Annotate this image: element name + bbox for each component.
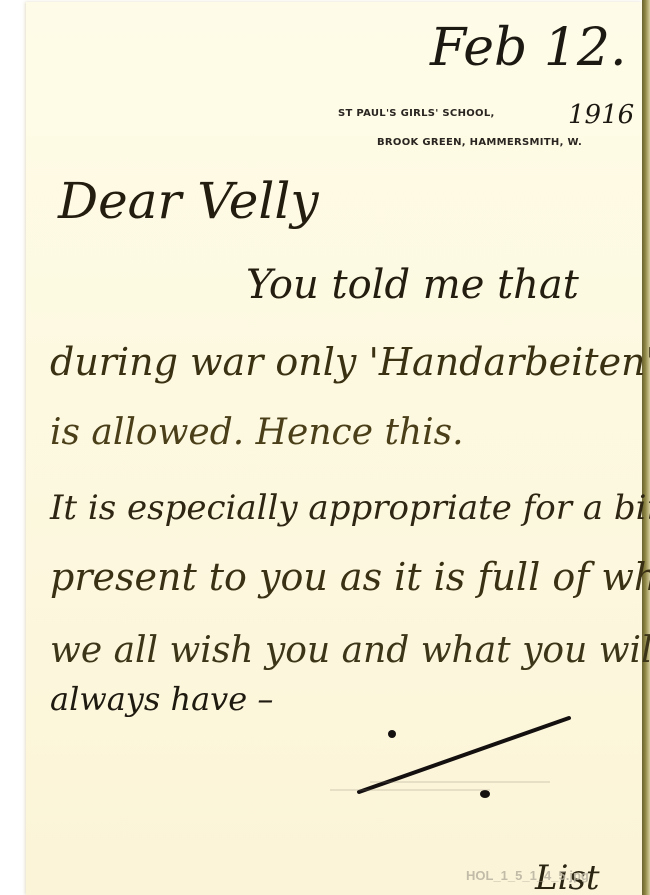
- letter-line: is allowed. Hence this.: [50, 412, 464, 453]
- letter-line: always have –: [50, 680, 273, 718]
- letter-line: we all wish you and what you will: [50, 630, 650, 671]
- paper-edge-shadow: [642, 0, 650, 895]
- letter-line: You told me that: [246, 262, 579, 308]
- handwritten-year: 1916: [568, 100, 634, 130]
- salutation: Dear Velly: [58, 172, 319, 230]
- filename-watermark: HOL_1_5_1_4_5.jpg: [466, 868, 589, 883]
- handwritten-date: Feb 12.: [430, 18, 627, 78]
- letter-line: It is especially appropriate for a birth…: [50, 488, 650, 528]
- faint-show-through-text: [370, 775, 590, 815]
- letterhead-school-name: ST PAUL'S GIRLS' SCHOOL,: [338, 108, 495, 119]
- letter-line: present to you as it is full of what: [50, 555, 650, 599]
- letterhead-address: BROOK GREEN, HAMMERSMITH, W.: [377, 137, 582, 148]
- letter-line: during war only 'Handarbeiten': [50, 340, 650, 384]
